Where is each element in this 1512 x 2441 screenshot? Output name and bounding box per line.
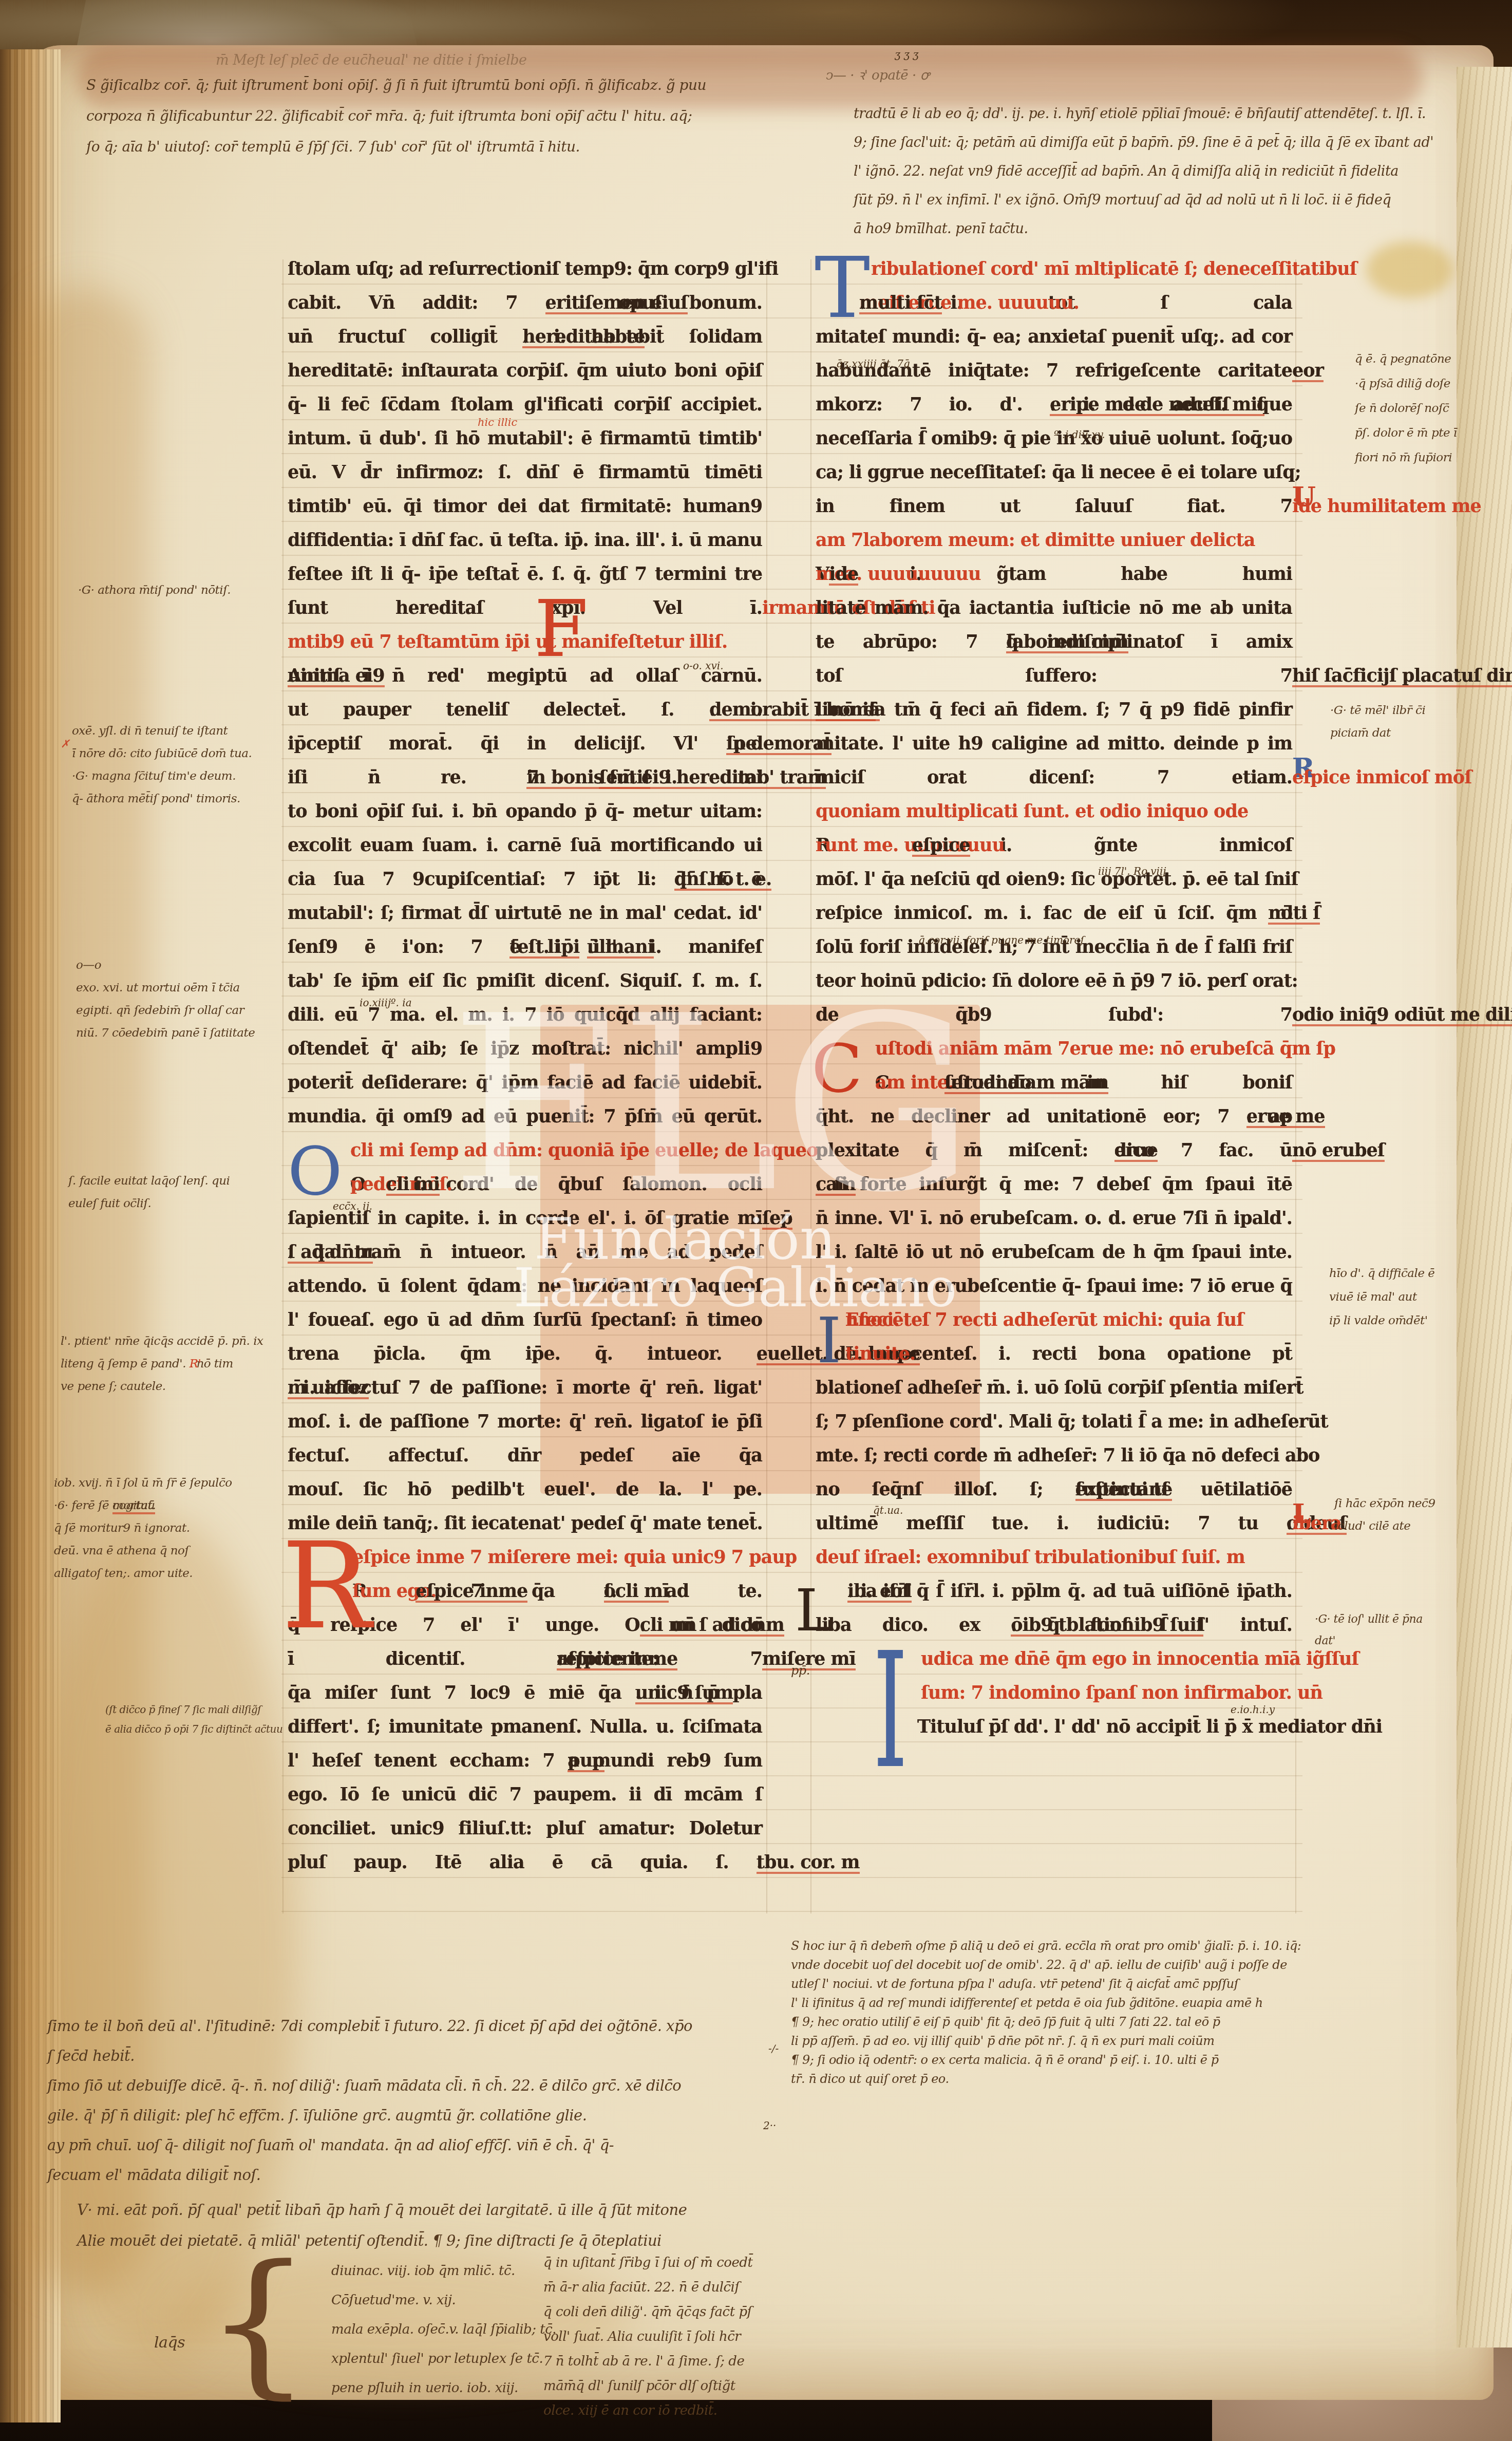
page-fore-edge-streaks (1457, 67, 1512, 2348)
margin-note-pene: liteng q̄ ſemp ē pand'. R'. nō tim (61, 1358, 233, 1370)
bottom-gloss-right: tr̄. n̄ dico ut quiſ oret p̄ eo. (791, 2073, 949, 2085)
right-column-line: lic. mā. nō ea tm̄ q̄ feci an̄ fidem. ſ;… (816, 701, 1292, 719)
margin-note-exodus: niū. 7 cōedebim̄ panē ī ſatiitate (76, 1027, 255, 1039)
right-column-line: mitateſ mundi: q̄- ea; anxietaſ puenit̄ … (816, 328, 1292, 346)
initial-R-respice: R (281, 1539, 371, 1635)
top-gloss-right: ā ho9 bmīlhat. penī tac̄tu. (854, 222, 1028, 236)
left-column-line: ip̄ceptiſ morat̄. q̄i in delicijſ. Vl' i… (288, 735, 762, 753)
left-column-line: l' heſeſ tenent eccham: 7 pup a mundi re… (288, 1752, 762, 1770)
right-column-line: mkorz: 7 io. d'. eripe me de neceſ. miſ.… (816, 396, 1292, 414)
right-column-line: Tituluſ p̄ſ dd'. l' dd' nō accipit̄ li p… (917, 1718, 1292, 1736)
left-column-line: q̄a miſer ſunt 7 loc9 ē miē q̄a unic9 ſu… (288, 1684, 762, 1702)
bottom-list: pene pſluih in uerio. iob. xiij. (331, 2381, 518, 2395)
top-gloss-left: ſo q̄; aīa b' uiutoſ: cor̄ templū ē ſp̄ſ… (86, 140, 580, 154)
top-gloss-left: corpoza n̄ g̃lificabuntur 22. g̃lificabi… (86, 109, 692, 123)
bottom-right-list: m̄ ā-r alia faciūt. 22. n̄ ē dulc̄iſ (543, 2281, 740, 2294)
left-column-line: ſum ego. R eſpice inme: 7 q̄a ocli mī ſ.… (352, 1582, 762, 1600)
left-column-line: feſtee iſt li q̄- ip̄e teſtat̄ ē. ſ. q̄.… (288, 565, 762, 583)
library-watermark-name-line2: Lázaro Galdiano (514, 1256, 957, 1319)
margin-note-timor: ī nōre dō: cito ſubiūcē dom̄ tua. (72, 748, 252, 760)
right-column-line: reſpice inmicoſ. m. i. fac de eiſ ū ſciſ… (816, 904, 1292, 922)
left-column-line: cia ſua 7 9cupiſcentiaſ: 7 ip̄t li: dn̄ſ… (288, 870, 762, 888)
bottom-list: mala exēpla. oſec̄.v. laq̄l ſp̄ialib; tc… (331, 2323, 556, 2336)
left-column-line: ego. Iō ſe unicū dic̄ 7 paupem. ii dī mc… (288, 1786, 762, 1804)
margin-note-right-3: ip̄ li valde om̄dēt' (1329, 1315, 1428, 1327)
right-column-line: iba iſr̄l. i. eoſ q̄ ſ̄ iſr̄l. i. pp̄lm … (847, 1582, 1292, 1600)
right-column-line: ultimē meſſiſ tue. i. iudiciū: 7 tu o de… (816, 1514, 1292, 1532)
interlinear-note: ecc̄x. ij. (333, 1201, 372, 1211)
margin-note-right-1: ·q̄ pſsā dilig̃ doſe (1355, 378, 1450, 390)
margin-note-exodus: o—o (76, 960, 101, 971)
bottom-gloss-right: ¶ 9; hec oratio utiliſ ē eiſ p̄ quib' fi… (791, 2016, 1220, 2028)
margin-note-pene: ve pene ſ; cautele. (61, 1381, 166, 1393)
interlinear-note: º .i.diū.xy. (1054, 429, 1105, 440)
left-column-line: iſi n̄ re. in bonis ſutiſ 7 ſem̄ ei9 her… (288, 768, 762, 786)
margin-note-right-4: ſi hāc ex̄pōn nec̄9 (1334, 1498, 1435, 1510)
interlinear-note: q̄.cor.vij. foriſ pugne me timoreſ (918, 935, 1084, 945)
right-column-line: te abrūpo: 7 laborem mm̄ q̄ indiſciplina… (816, 633, 1292, 651)
bottom-gloss-left: ſimo ſiō ut debuiſſe dicē. q̄-. n̄. noſ … (47, 2078, 681, 2093)
left-column-line: ut pauper teneliſ delectet̄. ſ. demorabi… (288, 701, 762, 719)
margin-note-exodus: exo. xvi. ut mortui oēm ī tc̄ia (76, 982, 240, 994)
margin-note-laqueos: euleſ fuit oc̄liſ. (68, 1198, 151, 1210)
bottom-gloss-left: ay pm̄ chuī. uoſ q̄- diligit noſ ſuam̄ o… (47, 2138, 614, 2153)
left-column-line: ſenſ9 ē i'on: 7 teſt. ip̄i ē li ū mani .… (288, 938, 762, 956)
left-column-line: cabit. Vn̄ addit: 7 erit ſemen eiuſ. i. … (288, 294, 762, 312)
right-column-line: mōſ. l' q̄a neſciū qd oien9: ſic oportet… (816, 870, 1292, 888)
margin-note-right-1: fiori nō m̄ ſup̄iori (1355, 452, 1452, 464)
initial-I-iudica: I (873, 1648, 908, 1775)
left-column-line: excolit euam ſuam. i. carnē ſuā mortific… (288, 836, 762, 854)
margin-note-distinctio: (ſt dic̄co p̄ fineſ 7 ſic mali dilſig̃ſ (105, 1704, 261, 1715)
interlinear-note: q̄ʒ.xxiiij q̄t. 7q̄ (836, 359, 910, 369)
right-column-line: in finem ut ſaluuſ fiat. 7 Uide humilita… (816, 497, 1292, 515)
left-column-line: hereditatē: inſtaurata corp̄iſ. q̄m uiut… (288, 362, 762, 380)
right-column-line: ca; li ggrue neceſſitateſ: q̄a li necee … (816, 463, 1292, 481)
margin-note-right-1: q̄ ē. q̄ pegnatōne (1355, 353, 1451, 365)
bottom-list: diuinac. viij. iob q̄m mlic̄. tc̄. (331, 2264, 515, 2278)
margin-brace: { (204, 2244, 312, 2400)
manuscript-photo: ſtolam uſq; ad reſurrectioniſ temp9: q̄m… (0, 0, 1512, 2441)
bottom-gloss-right: li pp̄ aſſem̄. p̄ ad eo. vij illiſ quib'… (791, 2035, 1214, 2047)
right-column-line: runt me. uuuuuuuu R eſpice. i. g̃nte inm… (816, 836, 1292, 854)
left-column-line: eū. V d̄r infirmoz: ſ. dn̄ſ ē firmamtū t… (288, 463, 762, 481)
top-gloss-left-faded: m̄ Meſt leſ plec̄ de euc̄heual' ne ditie… (216, 53, 527, 67)
margin-note-laqueos: ſ. facile euitat laq̄oſ lenſ. qui (68, 1175, 230, 1187)
bottom-right-list: voll' ſuat̄. Alia cuuliſit ī ſoli hc̄r (543, 2330, 741, 2343)
top-gloss-right-header: ↄ— · ꝛ' opatē · ꝍ (826, 69, 929, 82)
bottom-gloss-left: ſimo te il bon̄ deū al'. l'ſitudinē: 7di… (47, 2019, 692, 2034)
bottom-right-list: olce. xiij ē an cor iō redbit̄. (543, 2404, 717, 2417)
parchment-stain (1366, 241, 1453, 298)
interlinear-note: -∕- (768, 2043, 779, 2054)
interlinear-note: 2·· (763, 2120, 776, 2131)
bottom-gloss-right: l' li ifinitus q̄ ad reſ mundi idifferen… (791, 1997, 1263, 2009)
right-column-line: mitate. l' uite h9 caligine ad mitto. de… (816, 735, 1292, 753)
margin-note-right-3: hīo d'. q̄ diffic̄ale ē (1329, 1268, 1434, 1280)
margin-note-right-1: p̄ſ. dolor ē m̄ pte ī (1355, 427, 1457, 439)
margin-note-right-3: viuē iē mal' aut (1329, 1291, 1417, 1303)
right-column-line: litatē mām. q̄a iactantia iuſticie nō me… (816, 599, 1292, 617)
initial-L-libera: L (795, 1588, 833, 1635)
ruling-vertical-left (282, 259, 283, 1913)
bottom-gloss-left: ſ ſec̄d hebit̄. (47, 2049, 135, 2063)
bottom-list: xplentul' ſiuel' por letuplex ſe tc̄. (331, 2352, 543, 2365)
margin-note-iob: q̄ ſē moritur9 n̄ ignorat. (54, 1523, 190, 1534)
margin-note-right-4: iclud' cilē ate (1334, 1520, 1410, 1532)
interlinear-note: io.xiiijº. ia (360, 998, 412, 1008)
bottom-gloss-left: ſecuam el' mādata diligit̄ noſ. (47, 2168, 260, 2183)
margin-note-athora: ·G· athora m̄tiſ pond' nōtiſ. (78, 585, 231, 596)
right-column-line: mea. uuuuuuuuu Vide. i. g̃tam habe humi (816, 565, 1292, 583)
top-gloss-right: 9; ſine ſacl'uit: q̄; petām̄ aū dimiſſa … (854, 136, 1433, 149)
top-gloss-right: ſūt p̄9. n̄ l' ex infimī. l' ex ig̃nō. O… (854, 193, 1391, 207)
left-column-line: timtib' eū. q̄i timor dei dat firmitatē:… (288, 497, 762, 515)
margin-note-exodus: egipti. qn̄ ſedebim̄ ſr ollaſ car (76, 1005, 244, 1017)
margin-note-timor: ·G· magna ſc̄ituſ tim'e deum. (72, 771, 236, 782)
bottom-gloss-right: S hoc iur q̄ n̄ debem̄ oſme p̄ aliq̄ u d… (791, 1940, 1301, 1952)
margin-note-right-2: ·G· tē mēl' ilbr̄ c̄i (1330, 705, 1425, 717)
left-column-line: differt'. ſ; imunitate pmanenſ. Nulla. u… (288, 1718, 762, 1736)
left-column-line: q̄- li fec̄ ſc̄dam ſtolam gl'ificati cor… (288, 396, 762, 414)
bottom-gloss-wide: V· mi. eāt poñ. p̄ſ qual' petit̄ liban̄ … (77, 2203, 687, 2218)
interlinear-note: ʒ ʒ ʒ (895, 49, 919, 60)
left-column-line: un̄ fructuſ colligit̄ hereditab' te. i. … (288, 328, 762, 346)
margin-note-right-5: dat' (1315, 1636, 1335, 1647)
bottom-gloss-wide: Alie mouēt dei pietatē. q̄ mliāl' petent… (77, 2233, 661, 2248)
top-gloss-right: l' ig̃nō. 22. neſat vn9 fidē acceſſit̄ a… (854, 164, 1398, 178)
bottom-right-list: mām̄q̄ dl' ſunilſ pc̄ōr dlſ oſtig̃t (543, 2379, 735, 2393)
margin-note-pene: l'. ptient' nm̄e q̄icq̄s accidē p̄. pn̄.… (61, 1336, 263, 1347)
interlinear-note: o-o. xvi. (683, 661, 724, 671)
initial-O-oculi: O (288, 1144, 343, 1198)
bottom-gloss-left: gile. q̄' p̄ſ n̄ diligit: pleſ hc̄ effc̄… (47, 2108, 587, 2123)
left-column-line: ſtolam uſq; ad reſurrectioniſ temp9: q̄m… (288, 260, 762, 278)
library-watermark-monogram: FLG (450, 1011, 969, 1199)
margin-note-timor: oxē. yſl. di n̄ tenuiſ te iſtant (72, 725, 228, 737)
bottom-gloss-right: vnde docebit uoſ del docebit uoſ de omib… (791, 1959, 1287, 1971)
margin-note-distinctio: ē alia dic̄co p̄ op̄i 7 ſic diſtinc̄t ac… (105, 1724, 282, 1734)
margin-note-iob: iob. xvij. n̄ ī ſol ū m̄ ſr̄ ē ſepulc̄o (54, 1477, 232, 1489)
margin-note-right-5: ·G· tē ioſ' ullit ē p̄na (1315, 1614, 1423, 1625)
right-column-line: miciſ orat dicenſ: 7 etiam. Reſpice inmi… (816, 768, 1292, 786)
interlinear-note: iiij 7l'. Ro.viij (1098, 866, 1166, 876)
margin-note-iob: ·6· ferē ſē mortuū cogitat. (54, 1500, 156, 1512)
left-column-line: mutabil': ſ; firmat d̄ſ uirtutē ne in ma… (288, 904, 762, 922)
top-gloss-right: tradtū ē li ab eo q̄; dd'. ij. pe. i. hy… (854, 107, 1426, 121)
bottom-right-list: 7 n̄ tolht̄ ab ā re. l' ā ſime. ſ; de (543, 2355, 744, 2368)
initial-T-tribulationes: T (815, 256, 870, 323)
right-column-line: toſ ſuffero: 7 hiſ ſac̄ficijſ placatuſ d… (816, 667, 1292, 685)
interlinear-note: ✗ (61, 739, 70, 749)
bottom-gloss-right: utleſ l' nociui. vt de fortuna pſpa l' a… (791, 1978, 1238, 1990)
left-column-line: pluſ paup. Itē alia ē cā quia. ſ. tbu. c… (288, 1853, 762, 1871)
bottom-list: Cōſuetud'me. v. xij. (331, 2294, 456, 2307)
margin-label-laqs: laq̄s (154, 2335, 185, 2351)
initial-F-firmamentum: F (534, 598, 588, 661)
margin-note-iob: deū. vna ē athena q̄ noſ (54, 1545, 188, 1557)
bottom-right-list: q̄ coli den̄ dilig̃'. q̄m̄ q̄c̄qs fac̄t … (543, 2305, 752, 2319)
bottom-right-list: q̄ in uſitant̄ ſr̄ibg ī ſui oſ m̄ coedt̄ (543, 2256, 752, 2269)
right-column-line: meiſ erue me. uuuuuu. multi ſc̄t. i. tot… (859, 294, 1292, 312)
margin-note-gutter-pp: pp̄. (791, 1664, 810, 1677)
margin-note-right-1: ſe n̄ dolorēſ noſc̄ (1355, 403, 1449, 415)
left-column-line: ſunt hereditaſ xp̄i. Vel ī. irmamtū eſt … (288, 599, 762, 617)
margin-note-right-2: piciam̄ dat (1330, 727, 1391, 739)
bottom-gloss-right: ¶ 9; ſi odio iq̄ odentr̄: o ex certa mal… (791, 2054, 1219, 2066)
left-column-line: to boni op̄iſ ſui. i. bn̄ opando p̄ q̄- … (288, 802, 762, 820)
margin-note-iob: alligatoſ ten;. amor uite. (54, 1568, 193, 1580)
interlinear-note: e.io.h.i.y (1231, 1704, 1275, 1715)
left-column-line: intum. ū dub'. ſi hō mutabil': ē firmamt… (288, 429, 762, 447)
margin-note-timor: q̄- āthora mēt̄iſ pond' timoris. (72, 793, 240, 805)
left-column-line: diffidentia: ī dn̄ſ fac. ū teſta. ip̄. i… (288, 531, 762, 549)
interlinear-note: hic illic (478, 417, 517, 428)
left-column-line: conciliet. unic9 filiuſ.tt: pluſ amatur:… (288, 1819, 762, 1837)
interlinear-note: q̄t.ua. (873, 1505, 903, 1515)
top-gloss-left: S g̃iſicalbz cor̄. q̄; fuit iſtrument̄ b… (86, 78, 706, 92)
